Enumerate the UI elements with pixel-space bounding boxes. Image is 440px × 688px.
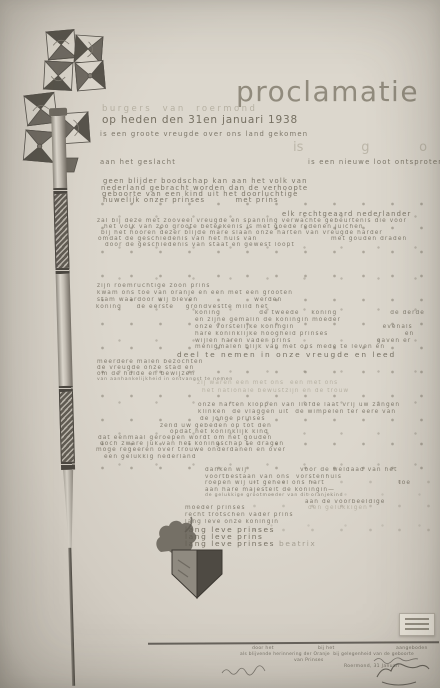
- name-beatrix: beatrix: [279, 539, 316, 548]
- ghost-marks: is g o: [293, 141, 427, 154]
- text-line: klinken de vlaggen uit de wimpelen ter e…: [198, 410, 396, 416]
- page-title: proclamatie: [236, 78, 419, 106]
- text-line: door de geschiedenis van staat en gewest…: [105, 243, 295, 249]
- ghost-text-line: den gelukkigen: [308, 506, 368, 512]
- text-line: elk rechtgeaard nederlander: [282, 211, 412, 218]
- footer-line: van Prinses: [294, 659, 324, 664]
- text-line: kwam ons toe van oranje en een met een g…: [97, 291, 293, 297]
- footer-fragment: bij het: [318, 647, 335, 652]
- text-line: en zijne gemalin de koningin moeder: [195, 318, 341, 324]
- text-line: zijn roemruchtige zoon prins: [97, 284, 211, 290]
- text-line: is een groote vreugde over ons land geko…: [100, 131, 308, 138]
- ghost-city-line: burgers van roermond: [102, 105, 257, 114]
- ornament-staff: [51, 108, 81, 686]
- text-line: hare koninklijke hoogheid prinses en: [195, 332, 414, 338]
- signature-right: [372, 655, 434, 687]
- text-line: roepen wij uit geheel ons hart toe: [205, 481, 411, 487]
- text-line: danken wij voor de weldaad van het: [205, 468, 397, 474]
- text-line: stam waardoor wij bleven werden: [97, 298, 282, 304]
- vivat-prefix: lang leve prinses: [185, 539, 279, 548]
- coat-of-arms-shield: [170, 548, 224, 600]
- text-line: de jonge prinses: [200, 417, 266, 423]
- text-line: een gelukkig nederland: [104, 455, 197, 461]
- text-line: recht trotschen vader prins: [185, 513, 294, 519]
- footer-fragment: aangeboden: [396, 647, 428, 652]
- text-line: koning de tweede koning de derde: [195, 311, 425, 317]
- text-line: huwelijk onzer prinses met prins: [103, 197, 279, 204]
- text-line: aan het geslacht: [100, 159, 176, 166]
- text-line: moge regeeren over trouwe onderdanen en …: [96, 448, 286, 454]
- text-line: is een nieuwe loot ontsproten: [308, 159, 440, 166]
- photo-background: proclamatie burgers van roermond op hede…: [0, 0, 440, 688]
- text-line: onze vorstelijke koningin evenals: [195, 325, 413, 331]
- signature-left: [220, 664, 270, 678]
- ghost-text-line: het nationale bewustzijn en de trouw: [202, 389, 349, 395]
- text-line-emphasis: deel te nemen in onze vreugde en leed: [177, 351, 396, 358]
- ornament-cross: [18, 26, 118, 178]
- footer-fragment: door het: [252, 647, 274, 652]
- text-line: de gelukkige grootmoeder van dit oranjek…: [205, 494, 343, 499]
- ghost-text-line: zij waren een met ons een met ons: [197, 381, 338, 387]
- text-line: onze harten kloppen van liefde laat vrij…: [198, 403, 400, 409]
- divider-rule: [148, 641, 439, 645]
- stamp: [399, 613, 435, 636]
- text-line: moeder prinses: [185, 506, 246, 512]
- date-line: op heden den 31en januari 1938: [102, 115, 298, 126]
- vivat-line-beatrix: lang leve prinses beatrix: [185, 540, 316, 547]
